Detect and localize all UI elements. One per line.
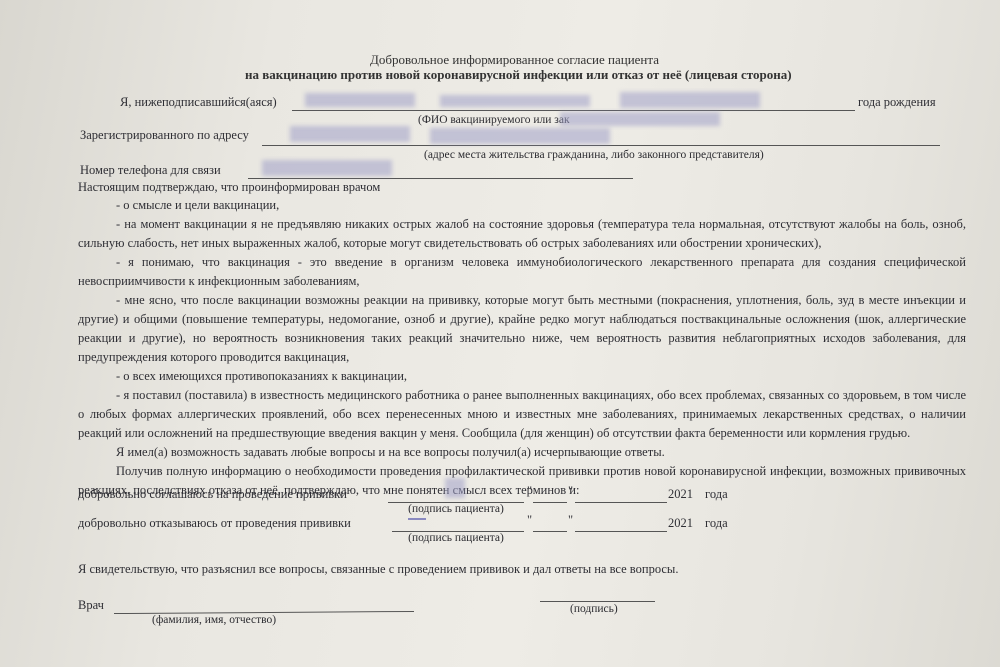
- agree-signature-caption: (подпись пациента): [323, 503, 589, 515]
- address-caption: (адрес места жительства гражданина, либо…: [424, 149, 764, 161]
- pen-mark: [408, 518, 426, 520]
- address-field-line[interactable]: [262, 145, 940, 146]
- list-item: - я понимаю, что вакцинация - это введен…: [78, 253, 966, 291]
- address-label: Зарегистрированного по адресу: [80, 128, 249, 143]
- list-item: - я поставил (поставила) в известность м…: [78, 386, 966, 443]
- refuse-year-suffix: года: [705, 516, 728, 531]
- agree-label: добровольно соглашаюсь на проведение при…: [78, 487, 347, 502]
- questions-paragraph: Я имел(а) возможность задавать любые воп…: [78, 443, 966, 462]
- redacted-address: [430, 128, 610, 144]
- refuse-label: добровольно отказываюсь от проведения пр…: [78, 516, 351, 531]
- phone-label: Номер телефона для связи: [80, 163, 221, 178]
- doctor-name-caption: (фамилия, имя, отчество): [152, 614, 276, 626]
- phone-field-line[interactable]: [248, 178, 633, 179]
- witness-statement: Я свидетельствую, что разъяснил все вопр…: [78, 562, 678, 577]
- agree-year: 2021: [668, 487, 693, 502]
- quote-open: ": [527, 484, 532, 499]
- refuse-signature-caption: (подпись пациента): [323, 532, 589, 544]
- list-item: - о всех имеющихся противопоказаниях к в…: [78, 367, 966, 386]
- redacted-name: [305, 93, 415, 107]
- undersigned-label: Я, нижеподписавшийся(аяся): [120, 95, 277, 110]
- list-item: - о смысле и цели вакцинации,: [78, 196, 966, 215]
- redacted-signature: [445, 478, 465, 498]
- title-line-2: на вакцинацию против новой коронавирусно…: [245, 67, 792, 83]
- doctor-label: Врач: [78, 598, 104, 613]
- doctor-signature-caption: (подпись): [570, 603, 618, 615]
- list-item: - мне ясно, что после вакцинации возможн…: [78, 291, 966, 367]
- quote-open: ": [527, 513, 532, 528]
- list-item: - на момент вакцинации я не предъявляю н…: [78, 215, 966, 253]
- redacted-birth-year: [620, 92, 760, 108]
- quote-close: ": [568, 484, 573, 499]
- confirm-intro: Настоящим подтверждаю, что проинформиров…: [78, 180, 380, 195]
- title-line-1: Добровольное информированное согласие па…: [370, 52, 659, 68]
- refuse-year: 2021: [668, 516, 693, 531]
- redacted-caption: [560, 112, 720, 126]
- redacted-address: [290, 126, 410, 142]
- consent-form-page: Добровольное информированное согласие па…: [0, 0, 1000, 667]
- fio-caption: (ФИО вакцинируемого или зак: [418, 114, 570, 126]
- doctor-signature-line[interactable]: [540, 601, 655, 602]
- redacted-name: [440, 95, 590, 107]
- agree-year-suffix: года: [705, 487, 728, 502]
- name-field-line[interactable]: [292, 110, 855, 111]
- birth-year-label: года рождения: [858, 95, 936, 110]
- quote-close: ": [568, 513, 573, 528]
- redacted-phone: [262, 160, 392, 176]
